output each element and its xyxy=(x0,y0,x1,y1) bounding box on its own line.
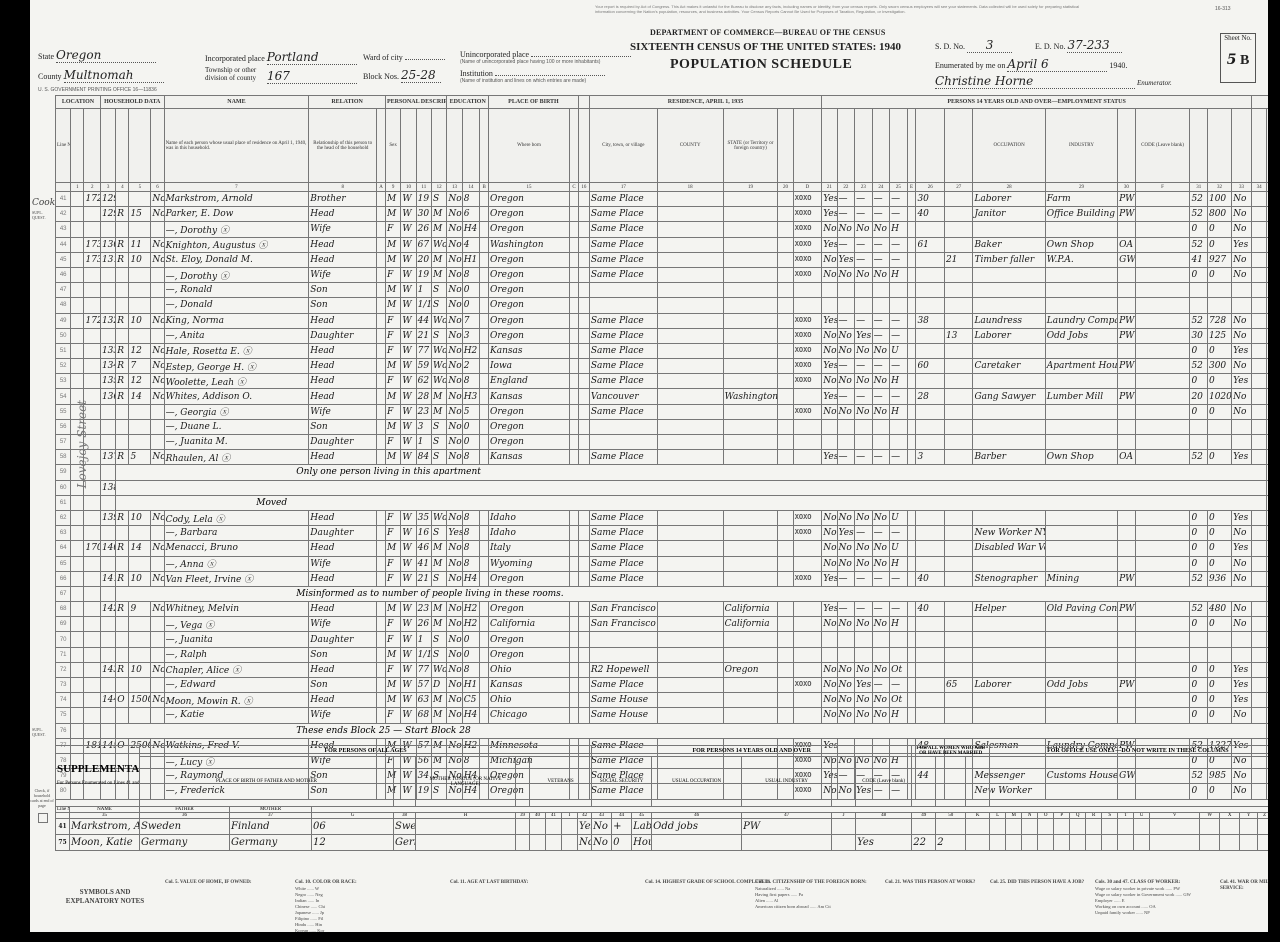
cell-resstate xyxy=(723,313,778,328)
cell-name: —, Duane L. xyxy=(164,419,309,434)
cell-other: No xyxy=(1232,389,1252,404)
cell-weeks xyxy=(1190,283,1208,298)
cell-dur xyxy=(944,237,973,252)
section-education: EDUCATION xyxy=(447,96,489,109)
cell-cit xyxy=(578,526,589,541)
cell-w21 xyxy=(822,647,837,662)
cell-cls xyxy=(1118,662,1136,677)
cell-sex: M xyxy=(385,252,400,267)
cell-own xyxy=(116,283,129,298)
cell-value: 10 xyxy=(129,571,151,586)
cell-w24 xyxy=(872,647,890,662)
cell-race: W xyxy=(401,222,416,237)
header-wages xyxy=(1207,109,1231,183)
line-number: 72 xyxy=(56,662,71,677)
colnum: 9 xyxy=(385,183,400,192)
table-row: 441733130R11NoKnighton, Augustus ⓧHeadMW… xyxy=(56,237,1280,252)
cell-wages: 0 xyxy=(1207,556,1231,571)
cell-race: W xyxy=(401,526,416,541)
cell-a xyxy=(377,389,386,404)
cell-dur xyxy=(944,662,973,677)
cell-wages xyxy=(1207,435,1231,450)
cell-farmsched xyxy=(1251,252,1266,267)
sheet-number-box: Sheet No. 5 B xyxy=(1220,33,1256,83)
note-col25: Col. 25. DID THIS PERSON HAVE A JOB? xyxy=(990,880,1090,886)
supp-cell-class xyxy=(742,835,832,851)
cell-e xyxy=(907,632,916,647)
cell-mar: S xyxy=(432,526,447,541)
enumerated-year: 1940. xyxy=(1109,61,1127,70)
cell-cls: PW xyxy=(1118,678,1136,693)
cell-b xyxy=(480,662,489,677)
cell-farm: No xyxy=(151,510,164,525)
cell-value: 10 xyxy=(129,313,151,328)
cell-weeks: 30 xyxy=(1190,328,1208,343)
cell-street xyxy=(71,435,84,450)
cell-race: W xyxy=(401,313,416,328)
line-number: 43 xyxy=(56,222,71,237)
cell-c xyxy=(570,435,579,450)
cell-value: 10 xyxy=(129,252,151,267)
cell-resstate: California xyxy=(723,617,778,632)
cell-code: XOXO xyxy=(793,374,822,389)
cell-age: 35 xyxy=(416,510,431,525)
cell-w22 xyxy=(837,435,855,450)
cell-e xyxy=(907,693,916,708)
office-cell xyxy=(1006,819,1022,835)
cell-w21: No xyxy=(822,343,837,358)
cell-rel: Daughter xyxy=(309,632,377,647)
margin-note-cook: Cook xyxy=(32,198,55,208)
cell-rescity: Same Place xyxy=(589,678,657,693)
header-res-city: City, town, or village xyxy=(589,109,657,183)
cell-own xyxy=(116,617,129,632)
cell-cit xyxy=(578,343,589,358)
cell-county xyxy=(657,647,723,662)
cell-ind xyxy=(1045,510,1117,525)
cell-county xyxy=(657,510,723,525)
cell-value xyxy=(129,298,151,313)
cell-hrs xyxy=(916,693,945,708)
cell-weeks: 0 xyxy=(1190,617,1208,632)
cell-value xyxy=(129,617,151,632)
cell-value xyxy=(129,222,151,237)
cell-farmsched xyxy=(1251,419,1266,434)
cell-own: R xyxy=(116,207,129,222)
cell-sch: No xyxy=(447,647,462,662)
cell-sch: No xyxy=(447,252,462,267)
cell-street xyxy=(71,510,84,525)
cell-b xyxy=(480,374,489,389)
cell-cit xyxy=(578,222,589,237)
note-col30-list: Wage or salary worker in private work ..… xyxy=(1095,886,1215,916)
cell-hh xyxy=(100,526,115,541)
cell-house xyxy=(84,678,100,693)
cell-w21: No xyxy=(822,404,837,419)
cell-hrs: 40 xyxy=(916,602,945,617)
cell-name: Markstrom, Arnold xyxy=(164,192,309,207)
cell-weeks: 52 xyxy=(1190,359,1208,374)
cell-birth: Oregon xyxy=(489,602,570,617)
note-col10: Col. 10. COLOR OR RACE: White ...... WNe… xyxy=(295,880,435,934)
cell-w25: — xyxy=(890,359,908,374)
cell-f xyxy=(1135,328,1190,343)
cell-farm xyxy=(778,693,793,708)
cell-w24: — xyxy=(872,359,890,374)
cell-hh xyxy=(100,495,115,510)
cell-code: XOXO xyxy=(793,404,822,419)
cell-w24: — xyxy=(872,252,890,267)
cell-a xyxy=(377,602,386,617)
table-row: 63—, BarbaraDaughterFW16SYes8IdahoSame P… xyxy=(56,526,1280,541)
colnum: 12 xyxy=(432,183,447,192)
cell-code xyxy=(793,419,822,434)
cell-farmsched xyxy=(1251,526,1266,541)
cell-occ xyxy=(973,222,1045,237)
institution-label: Institution xyxy=(460,69,493,78)
cell-farmsched xyxy=(1251,192,1266,207)
header-grade xyxy=(462,109,480,183)
cell-own: R xyxy=(116,389,129,404)
cell-cls: OA xyxy=(1118,237,1136,252)
cell-age: 46 xyxy=(416,541,431,556)
line-number: 66 xyxy=(56,571,71,586)
cell-sch: No xyxy=(447,207,462,222)
cell-hrs: 28 xyxy=(916,389,945,404)
block-value: 25-28 xyxy=(401,68,441,83)
cell-rescity xyxy=(589,647,657,662)
header-birthplace: Where born xyxy=(489,109,570,183)
cell-county xyxy=(657,313,723,328)
cell-house xyxy=(84,556,100,571)
colnum: 11 xyxy=(416,183,431,192)
cell-race: W xyxy=(401,207,416,222)
header-farm xyxy=(151,109,164,183)
cell-gr: C5 xyxy=(462,693,480,708)
cell-w22 xyxy=(837,419,855,434)
cell-code: XOXO xyxy=(793,222,822,237)
cell-hh xyxy=(100,465,115,480)
cell-w24: No xyxy=(872,510,890,525)
cell-c xyxy=(570,252,579,267)
cell-house xyxy=(84,662,100,677)
cell-name: Parker, E. Dow xyxy=(164,207,309,222)
cell-w23: Yes xyxy=(855,678,873,693)
cell-c xyxy=(570,647,579,662)
cell-name: —, Ronald xyxy=(164,283,309,298)
cell-farm: No xyxy=(151,693,164,708)
cell-county xyxy=(657,328,723,343)
supp-cell-vet xyxy=(516,835,530,851)
header-farm-schedule xyxy=(1251,109,1266,183)
header-code-c xyxy=(570,109,579,183)
cell-resstate xyxy=(723,647,778,662)
cell-dur xyxy=(944,541,973,556)
cell-rescity: Same Place xyxy=(589,374,657,389)
cell-cit xyxy=(578,450,589,465)
cell-sex: M xyxy=(385,541,400,556)
cell-value: 14 xyxy=(129,541,151,556)
cell-sex: M xyxy=(385,192,400,207)
cell-hrs xyxy=(916,328,945,343)
cell-cls xyxy=(1118,647,1136,662)
cell-farmsched xyxy=(1251,632,1266,647)
cell-street xyxy=(71,267,84,282)
cell-mar: M xyxy=(432,556,447,571)
cell-street xyxy=(71,602,84,617)
line-number: 45 xyxy=(56,252,71,267)
cell-value xyxy=(129,328,151,343)
cell-gr: 0 xyxy=(462,283,480,298)
cell-birth: Oregon xyxy=(489,419,570,434)
cell-w22: No xyxy=(837,617,855,632)
cell-gr: 0 xyxy=(462,632,480,647)
cell-occ xyxy=(973,647,1045,662)
supp-cell-agefirst: 22 xyxy=(912,835,936,851)
cell-street xyxy=(71,207,84,222)
cell-gr: 8 xyxy=(462,450,480,465)
county-field: County Multnomah xyxy=(38,68,164,83)
cell-rescity: R2 Hopewell xyxy=(589,662,657,677)
cell-c xyxy=(570,602,579,617)
supp-cell-i xyxy=(562,819,578,835)
cell-cit xyxy=(578,389,589,404)
cell-rel: Head xyxy=(309,252,377,267)
line-number: 44 xyxy=(56,237,71,252)
cell-rescity: Same House xyxy=(589,708,657,723)
cell-resstate: Oregon xyxy=(723,662,778,677)
cell-w23: — xyxy=(855,237,873,252)
cell-occ: Timber faller xyxy=(973,252,1045,267)
line-number: 49 xyxy=(56,313,71,328)
cell-w24: — xyxy=(872,602,890,617)
cell-w22: — xyxy=(837,313,855,328)
cell-cit xyxy=(578,359,589,374)
sd-field: S. D. No. 3 xyxy=(935,38,1012,53)
cell-code: XOXO xyxy=(793,252,822,267)
cell-cls: PW xyxy=(1118,571,1136,586)
colnum: 31 xyxy=(1190,183,1208,192)
cell-f xyxy=(1135,450,1190,465)
section-relation: RELATION xyxy=(309,96,386,109)
cell-own xyxy=(116,647,129,662)
cell-w25: U xyxy=(890,343,908,358)
cell-age: 1/12 xyxy=(416,298,431,313)
cell-street xyxy=(71,708,84,723)
colnum: 19 xyxy=(723,183,778,192)
cell-a xyxy=(377,693,386,708)
cell-code: XOXO xyxy=(793,267,822,282)
cell-w25 xyxy=(890,632,908,647)
supp-cell-code: 06 xyxy=(312,819,394,835)
cell-rescity: Same House xyxy=(589,693,657,708)
office-cell xyxy=(1022,819,1038,835)
cell-c xyxy=(570,389,579,404)
cell-w25: — xyxy=(890,678,908,693)
cell-name: Chapler, Alice ⓧ xyxy=(164,662,309,677)
colnum: 5 xyxy=(129,183,151,192)
cell-mar: M xyxy=(432,267,447,282)
cell-occ: Laborer xyxy=(973,678,1045,693)
cell-f xyxy=(1135,207,1190,222)
cell-code xyxy=(793,602,822,617)
supp-cell-marriedmore xyxy=(856,819,912,835)
cell-w24: No xyxy=(872,708,890,723)
cell-w22 xyxy=(837,647,855,662)
cell-ind xyxy=(1045,662,1117,677)
cell-w22 xyxy=(837,632,855,647)
cell-cit xyxy=(578,404,589,419)
cell-mar: S xyxy=(432,435,447,450)
cell-wages: 0 xyxy=(1207,404,1231,419)
cell-mar: Wd xyxy=(432,237,447,252)
cell-farmsched xyxy=(1251,328,1266,343)
cell-cls xyxy=(1118,526,1136,541)
cell-mar: S xyxy=(432,571,447,586)
cell-code xyxy=(793,647,822,662)
table-row: 46—, Dorothy ⓧWifeFW19MNo8OregonSame Pla… xyxy=(56,267,1280,282)
cell-dur xyxy=(944,298,973,313)
cell-w23: — xyxy=(855,192,873,207)
cell-occ xyxy=(973,374,1045,389)
cell-house xyxy=(84,343,100,358)
cell-farmsched xyxy=(1251,556,1266,571)
cell-sch: No xyxy=(447,556,462,571)
cell-a xyxy=(377,632,386,647)
cell-b xyxy=(480,693,489,708)
cell-birth: Oregon xyxy=(489,222,570,237)
cell-w25 xyxy=(890,283,908,298)
cell-e xyxy=(907,374,916,389)
cell-street xyxy=(71,480,84,495)
cell-w24 xyxy=(872,298,890,313)
cell-farm xyxy=(778,617,793,632)
cell-c xyxy=(570,541,579,556)
line-number: 48 xyxy=(56,298,71,313)
cell-street xyxy=(71,237,84,252)
supplementary-questions: SUPPLEMENTARY QUESTIONS For Persons Enum… xyxy=(55,745,1280,851)
cell-weeks: 0 xyxy=(1190,556,1208,571)
sheet-number: 5 B xyxy=(1221,52,1255,69)
cell-b xyxy=(480,252,489,267)
cell-farm xyxy=(151,419,164,434)
cell-w22 xyxy=(837,283,855,298)
cell-value: 10 xyxy=(129,662,151,677)
cell-cit xyxy=(578,571,589,586)
office-cell xyxy=(990,835,1006,851)
colnum: 1 xyxy=(71,183,84,192)
cell-race: W xyxy=(401,662,416,677)
cell-hh: 136 xyxy=(100,389,115,404)
cell-f xyxy=(1135,693,1190,708)
cell-other: Yes xyxy=(1232,693,1252,708)
supp-cell-i xyxy=(562,835,578,851)
cell-county xyxy=(657,678,723,693)
cell-mar: Wd xyxy=(432,343,447,358)
cell-farm xyxy=(151,556,164,571)
cell-own: R xyxy=(116,313,129,328)
colnum: 4 xyxy=(116,183,129,192)
cell-hrs: 60 xyxy=(916,359,945,374)
cell-e xyxy=(907,389,916,404)
cell-county xyxy=(657,192,723,207)
cell-wages xyxy=(1207,632,1231,647)
cell-rescity xyxy=(589,298,657,313)
cell-hh: 142 xyxy=(100,602,115,617)
cell-w21: No xyxy=(822,541,837,556)
cell-own: R xyxy=(116,343,129,358)
cell-other: No xyxy=(1232,571,1252,586)
cell-code xyxy=(793,450,822,465)
cell-own: R xyxy=(116,374,129,389)
cell-dur xyxy=(944,419,973,434)
cell-age: 21 xyxy=(416,328,431,343)
institution-note: (Name of institution and lines on which … xyxy=(460,78,605,84)
cell-w21 xyxy=(822,419,837,434)
cell-sex: F xyxy=(385,374,400,389)
cell-sex: M xyxy=(385,237,400,252)
cell-other: No xyxy=(1232,192,1252,207)
cell-a xyxy=(377,374,386,389)
cell-ind: W.P.A. xyxy=(1045,252,1117,267)
cell-sch: No xyxy=(447,313,462,328)
cell-farm xyxy=(151,632,164,647)
cell-farm: No xyxy=(151,602,164,617)
cell-rel: Head xyxy=(309,389,377,404)
cell-farm xyxy=(151,328,164,343)
table-row: 411725129NoMarkstrom, ArnoldBrotherMW19S… xyxy=(56,192,1280,207)
cell-rescity: San Francisco xyxy=(589,617,657,632)
supp-ss-header: SOCIAL SECURITY xyxy=(592,757,652,807)
cell-code xyxy=(793,556,822,571)
cell-age: 57 xyxy=(416,678,431,693)
supp-cell-usualocc: Housewife xyxy=(632,835,652,851)
header-code-f: CODE (Leave blank) xyxy=(1135,109,1190,183)
cell-wages xyxy=(1207,419,1231,434)
cell-sex: M xyxy=(385,602,400,617)
cell-e xyxy=(907,267,916,282)
cell-rescity: Same Place xyxy=(589,222,657,237)
cell-weeks: 0 xyxy=(1190,374,1208,389)
cell-race: W xyxy=(401,192,416,207)
cell-rel: Wife xyxy=(309,617,377,632)
line-number: 52 xyxy=(56,359,71,374)
cell-wages xyxy=(1207,283,1231,298)
cell-sch: No xyxy=(447,298,462,313)
cell-hrs: 3 xyxy=(916,450,945,465)
cell-hh: 131 xyxy=(100,252,115,267)
cell-own xyxy=(116,708,129,723)
household-card-checkbox[interactable] xyxy=(38,813,48,823)
office-cell xyxy=(1240,819,1258,835)
cell-county xyxy=(657,556,723,571)
cell-e xyxy=(907,435,916,450)
cell-w22: — xyxy=(837,389,855,404)
cell-farm: No xyxy=(151,343,164,358)
cell-county xyxy=(657,237,723,252)
cell-farm xyxy=(778,359,793,374)
cell-ind xyxy=(1045,541,1117,556)
cell-hh xyxy=(100,632,115,647)
supp-cell-class: PW xyxy=(742,819,832,835)
cell-birth: Iowa xyxy=(489,359,570,374)
cell-wages: 0 xyxy=(1207,267,1231,282)
cell-house xyxy=(84,510,100,525)
cell-w23: — xyxy=(855,571,873,586)
cell-name: St. Eloy, Donald M. xyxy=(164,252,309,267)
cell-e xyxy=(907,192,916,207)
cell-w24: — xyxy=(872,450,890,465)
